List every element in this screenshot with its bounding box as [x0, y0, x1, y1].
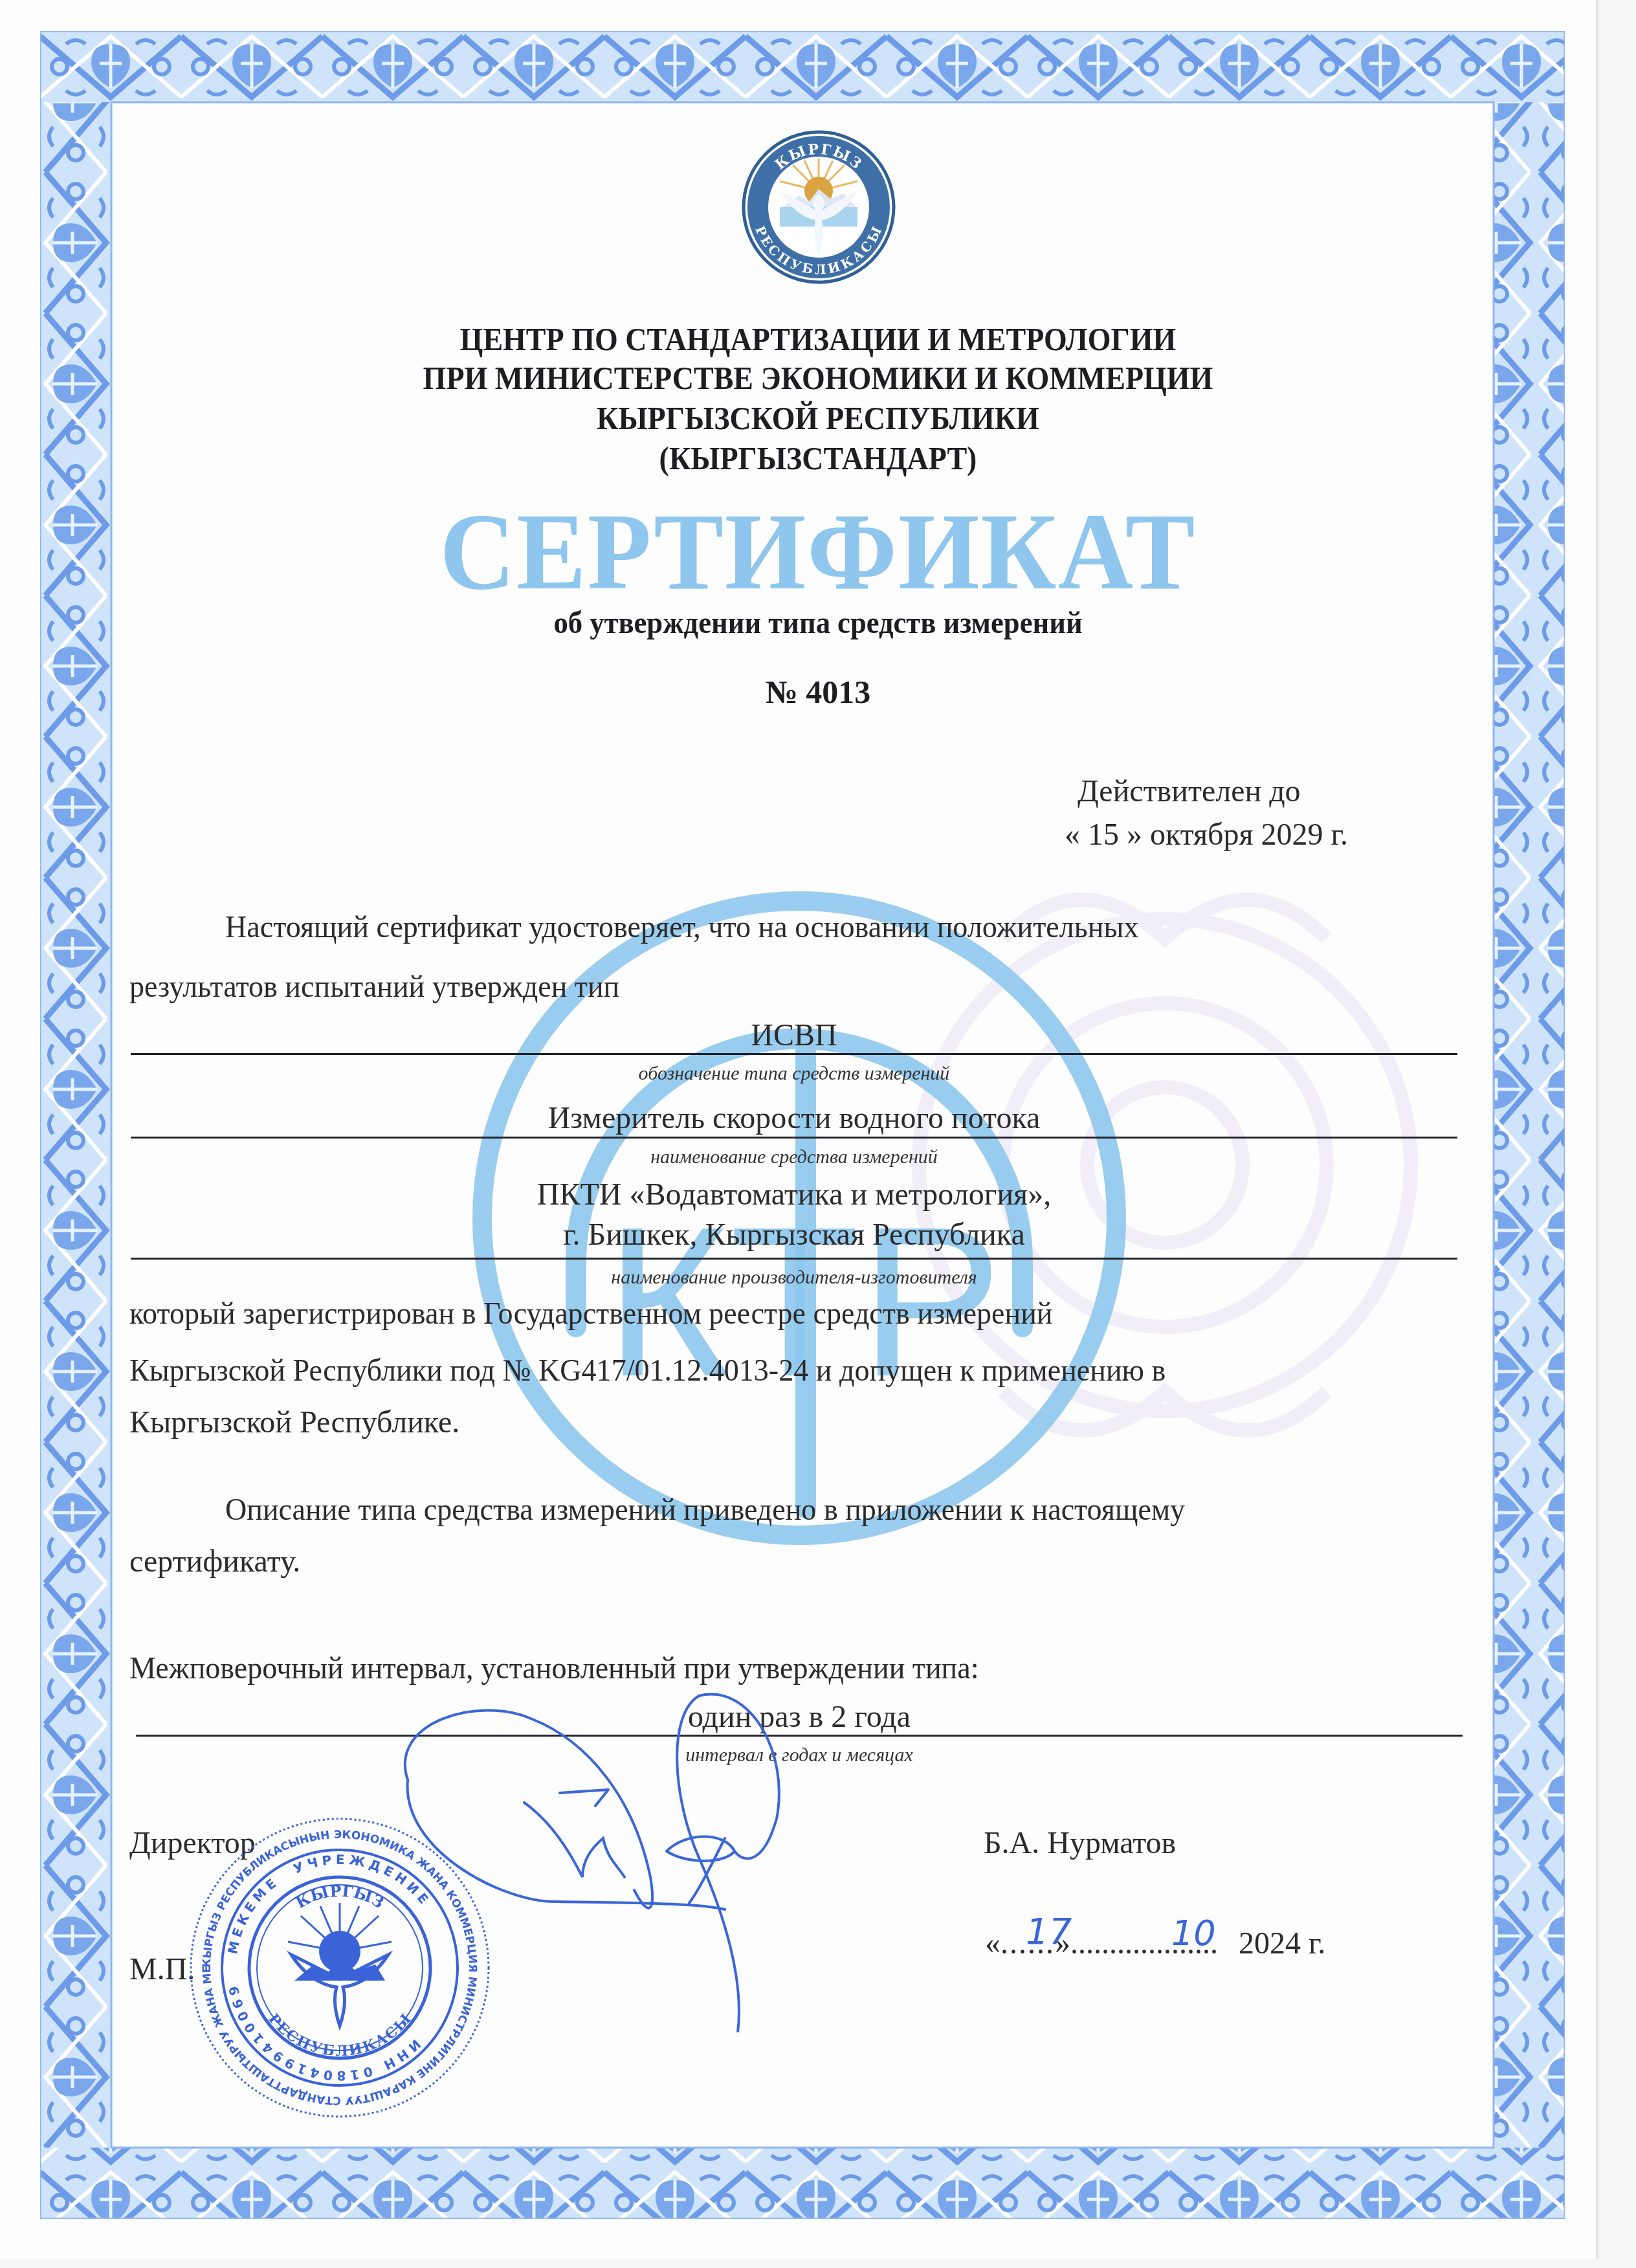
issuer-line-3: КЫРГЫЗСКОЙ РЕСПУБЛИКИ [65, 399, 1571, 437]
state-emblem: КЫРГЫЗ РЕСПУБЛИКАСЫ [728, 129, 909, 285]
issuer-line-2: ПРИ МИНИСТЕРСТВЕ ЭКОНОМИКИ И КОММЕРЦИИ [65, 359, 1571, 397]
registry-number: № KG417/01.12.4013-24 [503, 1353, 809, 1388]
registry-prefix: Кыргызской Республики под [129, 1353, 495, 1388]
type-designation-caption: обозначение типа средств измерений [131, 1063, 1457, 1085]
instrument-name-caption: наименование средства измерений [131, 1146, 1457, 1168]
registry-suffix: и допущен к применению в [816, 1353, 1166, 1388]
instrument-name-underline [131, 1137, 1457, 1139]
intro-line-1: Настоящий сертификат удостоверяет, что н… [225, 909, 1138, 945]
manufacturer-name: ПКТИ «Водавтоматика и метрология», [131, 1177, 1457, 1212]
validity-date: « 15 » октября 2029 г. [1065, 817, 1348, 852]
instrument-name: Измеритель скорости водного потока [131, 1100, 1457, 1136]
manufacturer-caption: наименование производителя-изготовителя [131, 1267, 1457, 1289]
description-line-1: Описание типа средства измерений приведе… [225, 1492, 1185, 1528]
manufacturer-location: г. Бишкек, Кыргызская Республика [131, 1217, 1457, 1252]
intro-line-2: результатов испытаний утвержден тип [129, 969, 619, 1005]
registry-line-3: Кыргызской Республике. [129, 1405, 459, 1440]
date-year: 2024 г. [1239, 1926, 1325, 1961]
handwritten-day: 17 [1026, 1911, 1072, 1953]
validity-label: Действителен до [1078, 773, 1301, 809]
signatory-name: Б.А. Нурматов [984, 1825, 1176, 1861]
paper-edge [1596, 0, 1598, 2259]
registry-line-1: который зарегистрирован в Государственно… [129, 1296, 1053, 1331]
type-designation: ИСВП [131, 1017, 1457, 1053]
certificate-number: № 4013 [0, 673, 1636, 711]
type-designation-underline [131, 1053, 1457, 1055]
manufacturer-underline [131, 1258, 1457, 1260]
issuer-line-1: ЦЕНТР ПО СТАНДАРТИЗАЦИИ И МЕТРОЛОГИИ [65, 320, 1571, 358]
registry-line-2: Кыргызской Республики под № KG417/01.12.… [129, 1353, 1166, 1388]
description-line-2: сертификату. [129, 1544, 300, 1579]
director-signature [362, 1670, 815, 2032]
document-title: СЕРТИФИКАТ [41, 489, 1595, 615]
issuer-line-4: (КЫРГЫЗСТАНДАРТ) [65, 439, 1571, 477]
document-subtitle: об утверждении типа средств измерений [57, 605, 1578, 641]
handwritten-month: 10 [1171, 1913, 1216, 1953]
date-open-quote: « [985, 1926, 1000, 1961]
